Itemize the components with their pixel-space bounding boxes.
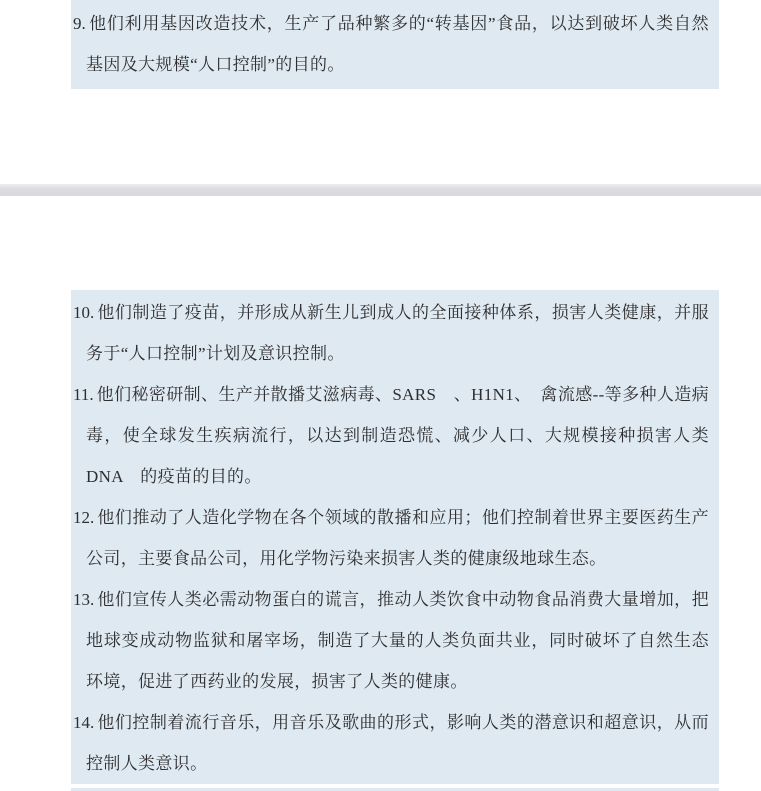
item-number: 9.	[73, 14, 89, 33]
list-item-13: 13.他们宣传人类必需动物蛋白的谎言，推动人类饮食中动物食品消费大量增加，把地球…	[73, 579, 709, 702]
list-item-10: 10.他们制造了疫苗，并形成从新生儿到成人的全面接种体系，损害人类健康，并服务于…	[73, 292, 709, 374]
item-text: 他们利用基因改造技术，生产了品种繁多的“转基因”食品，以达到破坏人类自然基因及大…	[86, 14, 709, 74]
item-text: 他们宣传人类必需动物蛋白的谎言，推动人类饮食中动物食品消费大量增加，把地球变成动…	[86, 590, 709, 691]
list-item-12: 12.他们推动了人造化学物在各个领域的散播和应用；他们控制着世界主要医药生产公司…	[73, 497, 709, 579]
page2-highlighted-paragraph-block: 10.他们制造了疫苗，并形成从新生儿到成人的全面接种体系，损害人类健康，并服务于…	[71, 290, 719, 784]
page1-highlighted-paragraph-block: 9.他们利用基因改造技术，生产了品种繁多的“转基因”食品，以达到破坏人类自然基因…	[71, 0, 719, 89]
list-item-9: 9.他们利用基因改造技术，生产了品种繁多的“转基因”食品，以达到破坏人类自然基因…	[73, 3, 709, 85]
page-break-separator	[0, 184, 761, 196]
list-item-14: 14.他们控制着流行音乐，用音乐及歌曲的形式，影响人类的潜意识和超意识，从而控制…	[73, 702, 709, 784]
list-item-11: 11.他们秘密研制、生产并散播艾滋病毒、SARS 、H1N1、 禽流感--等多种…	[73, 374, 709, 497]
document-canvas: 9.他们利用基因改造技术，生产了品种繁多的“转基因”食品，以达到破坏人类自然基因…	[0, 0, 761, 791]
item-text: 他们秘密研制、生产并散播艾滋病毒、SARS 、H1N1、 禽流感--等多种人造病…	[86, 385, 709, 486]
item-text: 他们制造了疫苗，并形成从新生儿到成人的全面接种体系，损害人类健康，并服务于“人口…	[86, 303, 709, 363]
item-number: 12.	[73, 508, 97, 527]
item-number: 11.	[73, 385, 97, 404]
item-text: 他们推动了人造化学物在各个领域的散播和应用；他们控制着世界主要医药生产公司，主要…	[86, 508, 709, 568]
item-text: 他们控制着流行音乐，用音乐及歌曲的形式，影响人类的潜意识和超意识，从而控制人类意…	[86, 713, 709, 773]
item-number: 14.	[73, 713, 97, 732]
item-number: 13.	[73, 590, 97, 609]
item-number: 10.	[73, 303, 97, 322]
